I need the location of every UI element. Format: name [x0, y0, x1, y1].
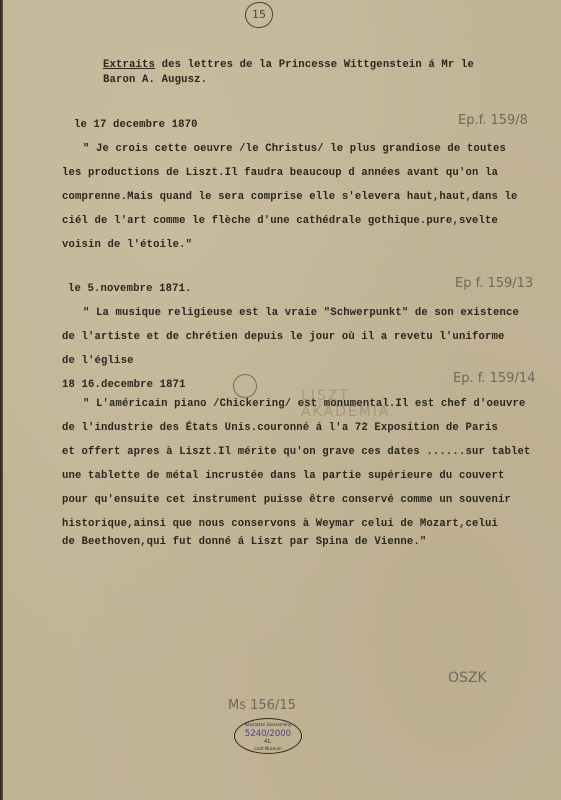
reference-annotation: Ep f. 159/13: [455, 276, 533, 291]
letter-line: une tablette de métal incrustée dans la …: [62, 470, 505, 482]
letter-line: ciél de l'art comme le flèche d'une cath…: [62, 215, 498, 227]
title-rest: des lettres de la Princesse Wittgenstein…: [155, 59, 474, 71]
letter-line: historique,ainsi que nous conservons à W…: [62, 518, 498, 530]
document-page: 15 Extraits des lettres de la Princesse …: [3, 0, 561, 800]
letter-date: 18 16.decembre 1871: [62, 379, 186, 391]
letter-line: de l'artiste et de chrétien depuis le jo…: [62, 331, 505, 343]
letter-line: " L'américain piano /Chickering/ est mon…: [83, 398, 526, 410]
library-annotation: OSZK: [448, 670, 487, 686]
archive-stamp: Kézirattári Szerzemény 5240/2000 41. Lis…: [234, 718, 302, 754]
letter-line: de l'église: [62, 355, 134, 367]
stamp-number: 5240/2000: [235, 729, 301, 739]
letter-date: le 17 decembre 1870: [74, 119, 198, 131]
document-title-line-2: Baron A. Augusz.: [103, 74, 207, 86]
letter-line: de Beethoven,qui fut donné á Liszt par S…: [62, 536, 426, 548]
watermark-emblem-icon: [233, 374, 257, 398]
letter-date: le 5.novembre 1871.: [68, 283, 192, 295]
letter-line: " Je crois cette oeuvre /le Christus/ le…: [83, 143, 506, 155]
stamp-mid-text: 41.: [235, 739, 301, 745]
letter-line: pour qu'ensuite cet instrument puisse êt…: [62, 494, 511, 506]
document-title-line-1: Extraits des lettres de la Princesse Wit…: [103, 59, 474, 71]
reference-annotation: Ep.f. 159/8: [458, 113, 528, 128]
letter-line: voisin de l'étoile.": [62, 239, 192, 251]
page-number: 15: [245, 2, 273, 28]
stamp-top-text: Kézirattári Szerzemény: [235, 722, 301, 727]
letter-line: de l'industrie des États Unis.couronné á…: [62, 422, 498, 434]
reference-annotation: Ep. f. 159/14: [453, 371, 535, 386]
stamp-bottom-text: Liszt Múzeum: [235, 746, 301, 751]
letter-line: les productions de Liszt.Il faudra beauc…: [62, 167, 498, 179]
letter-line: comprenne.Mais quand le sera comprise el…: [62, 191, 518, 203]
shelfmark-annotation: Ms 156/15: [228, 698, 296, 713]
title-underlined-word: Extraits: [103, 59, 155, 71]
letter-line: et offert apres à Liszt.Il mérite qu'on …: [62, 446, 531, 458]
letter-line: " La musique religieuse est la vraie "Sc…: [83, 307, 519, 319]
